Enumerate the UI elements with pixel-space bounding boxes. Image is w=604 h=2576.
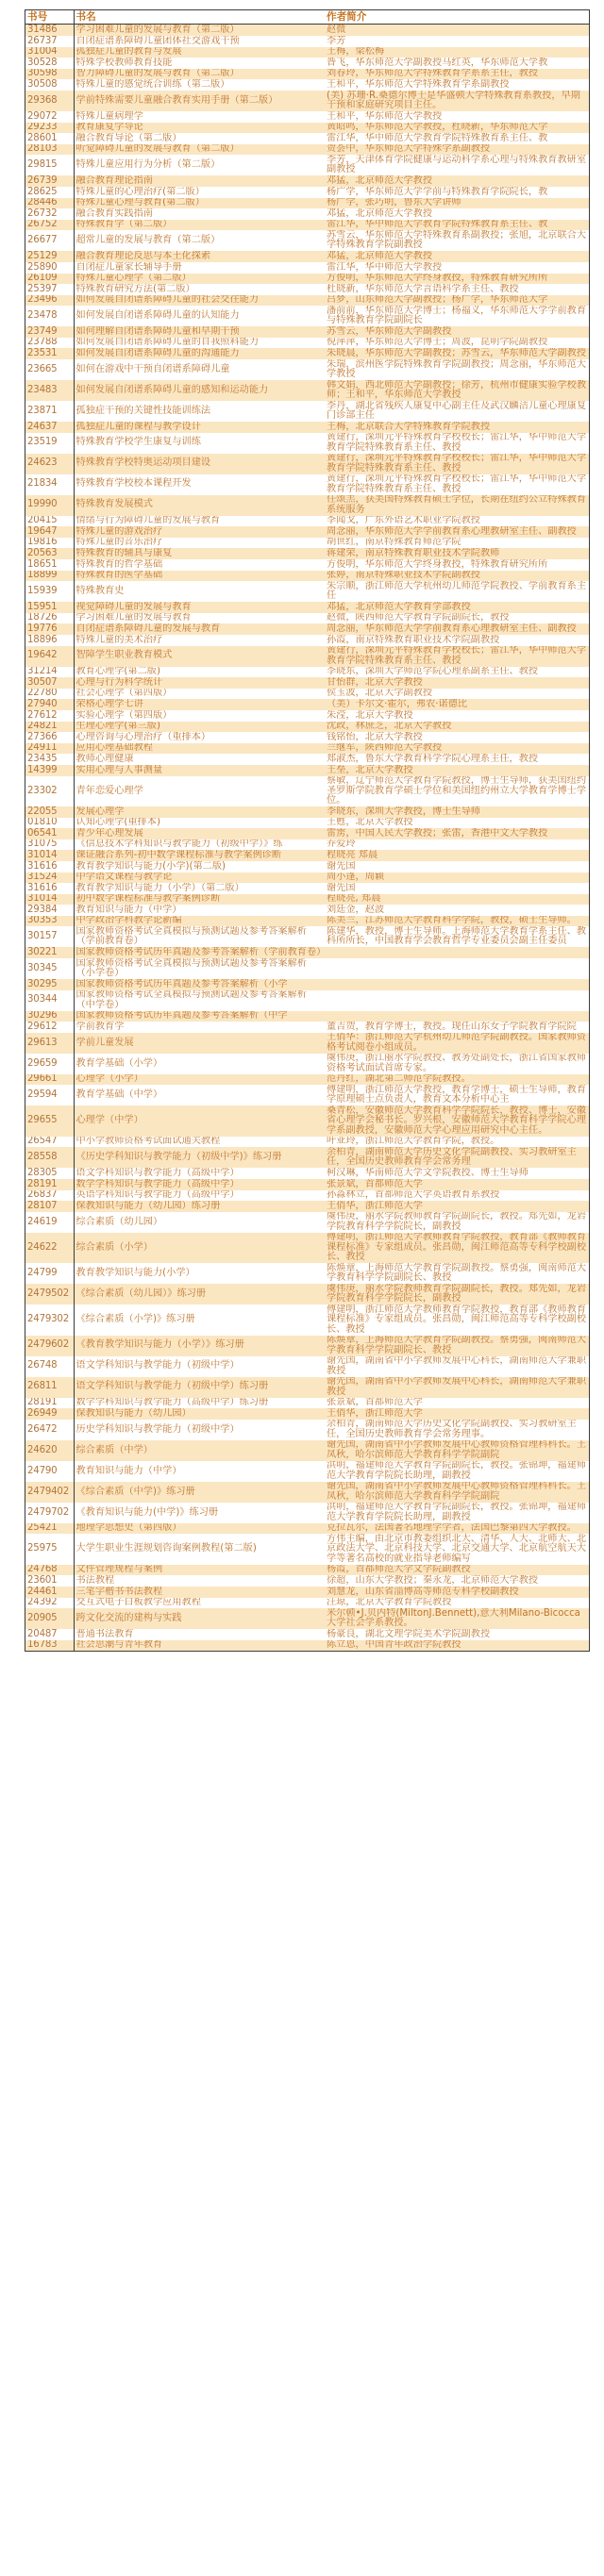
table-row: 28558《历史学科知识与教学能力（初级中学)》练习册余柏青，湖南师范大学历史文… [25, 1147, 589, 1168]
table-row: 25421地理学思想史（第四版）克拉瓦尔，法国著名地理学学者，法国巴黎第四大学教… [25, 1523, 589, 1535]
table-row: 24620综合素质（中学）谢先国，湖南省中小学教师发展中心教师资格管理科科长。王… [25, 1440, 589, 1461]
book-title-cell: 《综合素质（幼儿园）》练习册 [74, 1284, 325, 1305]
book-number-cell: 28305 [25, 1168, 74, 1179]
book-title-cell: 认知心理学(重排本) [74, 818, 325, 829]
book-title-cell: 自闭症谱系障碍儿童的发展与教育 [74, 623, 325, 635]
book-title-cell: 自闭症儿童家长辅导手册 [74, 262, 325, 274]
author-bio-cell: 董吉贺，教育学博士，教授。现任山东女子学院教育学院院 [325, 1022, 589, 1033]
book-number-cell: 23496 [25, 295, 74, 307]
table-row: 25890自闭症儿童家长辅导手册雷江华，华中师范大学教授 [25, 262, 589, 274]
table-row: 27940荣格心理学七讲（美）卡尔文·霍尔，弗农·诺德比 [25, 699, 589, 710]
book-title-cell: 如何发展自闭谱系障碍儿童的沟通能力 [74, 348, 325, 359]
author-bio-cell: 王和平，华东师范大学特殊教育学系副教授 [325, 79, 589, 91]
table-row: 29661心理学（小学）范丹红，湖北第二师范学院教授。 [25, 1074, 589, 1086]
author-bio-cell: 余柏青，湖南师范大学历史文化学院副教授、实习教研室主任，全国历史教师教育学会常务… [325, 1420, 589, 1440]
author-bio-cell: 谢先国，湖南省中小学教师发展中心教师资格管理科科长。王凤秋，哈尔滨师范大学教育科… [325, 1482, 589, 1503]
author-bio-cell: 余柏青，湖南师范大学历史文化学院副教授、实习教研室主任，全国历史教师教育学会常务… [325, 1147, 589, 1168]
author-bio-cell: 李芳，天津体育学院健康与运动科学系心理与特殊教育教研室副教授 [325, 155, 589, 175]
book-number-cell: 19647 [25, 526, 74, 538]
author-bio-cell: 洪明，福建师范大学教育学院副院长，教授。张锦坤，福建师范大学教育学院院长助理，副… [325, 1503, 589, 1523]
book-title-cell: 特殊教育学校校本课程开发 [74, 474, 325, 495]
book-title-cell: 教育教学知识与能力(小学)(第二版) [74, 861, 325, 873]
table-row: 23665如何在游戏中干预自闭谱系障碍儿童朱瑞，滨州医学院特殊教育学院副教授；周… [25, 359, 589, 380]
table-row: 28446特殊儿童心理与教育(第二版）杨广学，张巧明，鲁东大学讲师 [25, 198, 589, 209]
book-title-cell: 书法教程 [74, 1575, 325, 1587]
table-row: 20563特殊教育的辅具与康复蒋建荣，南京特殊教育职业技术学院教师 [25, 548, 589, 559]
column-header-book-number: 书号 [25, 10, 74, 25]
book-title-cell: 视觉障碍儿童的发展与教育 [74, 602, 325, 613]
author-bio-cell: 钱铭怡，北京大学教授 [325, 732, 589, 743]
book-title-cell: 教师心理健康 [74, 754, 325, 765]
author-bio-cell: 倪萍萍，华东师范大学博士；周波，昆明学院副教授 [325, 338, 589, 349]
book-title-cell: 发展心理学 [74, 806, 325, 818]
book-title-cell: 《综合素质（小学)》练习册 [74, 1305, 325, 1335]
table-row: 26472历史学科知识与教学能力（初级中学）余柏青，湖南师范大学历史文化学院副教… [25, 1420, 589, 1440]
book-number-cell: 26732 [25, 208, 74, 220]
author-bio-cell: 柯汉琳，华南师范大学文学院教授、博士生导师 [325, 1168, 589, 1179]
table-row: 31014初中数学课程标准与教学案例诊断程晓亮, 郑晨 [25, 894, 589, 906]
book-title-cell: 课证融合系列-初中数学课程标准与教学案例诊断 [74, 850, 325, 861]
book-number-cell: 26737 [25, 36, 74, 47]
table-row: 23749如何理解自闭谱系障碍儿童和早期干预苏雪云，华东师范大学副教授 [25, 326, 589, 338]
book-title-cell: 《历史学科知识与教学能力（初级中学)》练习册 [74, 1147, 325, 1168]
author-bio-cell: 方俊明，华东师范大学终身教授，特殊教育研究所所 [325, 274, 589, 285]
book-number-cell: 18651 [25, 559, 74, 571]
book-title-cell: 《教育知识与能力(中学)》练习册 [74, 1503, 325, 1523]
author-bio-cell: 王俏华：浙江师范大学杭州幼儿师范学院副教授。国家教师资格考试阅卷小组成员。 [325, 1033, 589, 1054]
table-row: 29655心理学（中学）桑青松，安徽师范大学教育科学学院院长，教授、博士，安徽省… [25, 1105, 589, 1136]
table-row: 24768文件管理规程与案例杨霞，首都师范大学文学院副教授 [25, 1565, 589, 1576]
book-title-cell: 国家教师资格考试全真模拟与预测试题及参考答案解析（小学卷） [74, 958, 325, 979]
table-row: 29612学前教育学董吉贺，教育学博士，教授。现任山东女子学院教育学院院 [25, 1022, 589, 1033]
table-row: 24790教育知识与能力（中学）洪明，福建师范大学教育学院副院长，教授。张锦坤，… [25, 1461, 589, 1482]
book-number-cell: 19990 [25, 495, 74, 516]
table-row: 29594教育学基础（中学）傅建明，浙江师范大学教授，教育学博士，硕士生导师，教… [25, 1085, 589, 1105]
author-bio-cell: 赵微，陕西师范大学教育学院副院长，教授 [325, 613, 589, 624]
book-number-cell: 24911 [25, 743, 74, 755]
book-title-cell: 教育教学知识与能力(小学） [74, 1263, 325, 1284]
book-title-cell: 数学学科知识与教学能力（高级中学）练习册 [74, 1398, 325, 1409]
book-number-cell: 29594 [25, 1085, 74, 1105]
book-title-cell: 国家教师资格考试历年真题及参考答案解析（中学 [74, 1011, 325, 1022]
author-bio-cell: 谢先国，湖南省中小学教师发展中心科长，湖南师范大学兼职教授 [325, 1356, 589, 1377]
book-catalog-table: 书号 书名 作者简介 31486学习困难儿童的发展与教育（第二版）赵微26737… [25, 10, 589, 1651]
table-row: 19647特殊儿童的游戏治疗周念丽，华东师范大学学前教育系心理教研室主任、副教授 [25, 526, 589, 538]
book-number-cell: 24392 [25, 1598, 74, 1609]
book-title-cell: 心理与行为科学统计 [74, 677, 325, 689]
table-row: 29233教育康复学导论黄昭鸣，华东师范大学教授，杜晓新，华东师范大学 [25, 123, 589, 134]
book-number-cell: 15939 [25, 581, 74, 602]
author-bio-cell: 徐超，山东大学教授；秦永龙，北京师范大学教授 [325, 1575, 589, 1587]
author-bio-cell: 黄建行，深圳元平特殊教育学校校长；雷江华，华中师范大学教育学院特殊教育系主任、教… [325, 454, 589, 474]
book-title-cell: 特殊儿童心理与教育(第二版） [74, 198, 325, 209]
column-header-author-bio: 作者简介 [325, 10, 589, 25]
book-title-cell: 英语学科知识与教学能力（高级中学） [74, 1190, 325, 1202]
author-bio-cell: 陈立恩，中国青年政治学院教授 [325, 1640, 589, 1652]
book-number-cell: 28446 [25, 198, 74, 209]
table-row: 26811语文学科知识与教学能力（初级中学）练习册谢先国，湖南省中小学教师发展中… [25, 1377, 589, 1398]
book-title-cell: 特殊教育学校特奥运动项目建设 [74, 454, 325, 474]
table-row: 21834特殊教育学校校本课程开发黄建行，深圳元平特殊教育学校校长；雷江华，华中… [25, 474, 589, 495]
table-row: 26732融合教育实践指南邓猛，北京师范大学教授 [25, 208, 589, 220]
book-title-cell: 超常儿童的发展与教育（第二版） [74, 230, 325, 251]
author-bio-cell [325, 958, 589, 979]
author-bio-cell: 邓猛，北京师范大学教授 [325, 208, 589, 220]
table-row: 31014课证融合系列-初中数学课程标准与教学案例诊断程晓亮 郑晨 [25, 850, 589, 861]
author-bio-cell: 乔爱玲 [325, 839, 589, 851]
book-title-cell: 如何理解自闭谱系障碍儿童和早期干预 [74, 326, 325, 338]
book-title-cell: 特殊教育史 [74, 581, 325, 602]
author-bio-cell: 周念丽，华东师范大学学前教育系心理教研室主任、副教授 [325, 623, 589, 635]
author-bio-cell: 兰继军，陕西师范大学教授 [325, 743, 589, 755]
author-bio-cell: 陈美兰，江苏师范大学教育科学学院，教授，硕士生导师。 [325, 916, 589, 927]
book-number-cell: 20415 [25, 516, 74, 527]
book-number-cell: 24619 [25, 1212, 74, 1233]
book-title-cell: 《教育教学知识与能力（小学）》练习册 [74, 1336, 325, 1356]
book-number-cell: 24790 [25, 1461, 74, 1482]
book-title-cell: 特殊教育的医学基础 [74, 571, 325, 582]
table-row: 31075《信息技术学科知识与教学能力（初级中学）》练乔爱玲 [25, 839, 589, 851]
book-number-cell: 18726 [25, 613, 74, 624]
table-row: 24637孤独症儿童的课程与教学设计王梅，北京联合大学特殊教育学院教授 [25, 422, 589, 433]
author-bio-cell: （美）卡尔文·霍尔，弗农·诺德比 [325, 699, 589, 710]
book-title-cell: 地理学思想史（第四版） [74, 1523, 325, 1535]
book-title-cell: 特殊儿童的音乐治疗 [74, 538, 325, 549]
author-bio-cell: 孙霞，南京特殊教育职业技术学院副教授 [325, 635, 589, 646]
book-number-cell: 30345 [25, 958, 74, 979]
table-row: 23788如何发展自闭谱系障碍儿童的自我照料能力倪萍萍，华东师范大学博士；周波，… [25, 338, 589, 349]
book-number-cell: 31014 [25, 894, 74, 906]
book-number-cell: 25421 [25, 1523, 74, 1535]
author-bio-cell: 傅建明，浙江师范大学教师教育学院教授，教育部《教师教育课程标准》专家组成员。张昌… [325, 1305, 589, 1335]
book-title-cell: 特殊教育的辅具与康复 [74, 548, 325, 559]
book-number-cell: 2479402 [25, 1482, 74, 1503]
book-number-cell: 29815 [25, 155, 74, 175]
table-row: 23871孤独症干预的关键性技能训练法李丹，湖北省残疾人康复中心副主任及武汉麟洁… [25, 401, 589, 422]
book-title-cell: 国家教师资格考试全真模拟与预测试题及参考答案解析（学前教育卷） [74, 926, 325, 947]
table-row: 28625特殊儿童的心理治疗(第二版）杨广学，华东师范大学学前与特殊教育学院院长… [25, 187, 589, 198]
author-bio-cell: 王俏华，浙江师范大学 [325, 1408, 589, 1420]
book-title-cell: 孤独症干预的关键性技能训练法 [74, 401, 325, 422]
book-title-cell: 学前特殊需要儿童融合教育实用手册（第二版） [74, 91, 325, 111]
book-title-cell: 智力障碍儿童的发展与教育（第二版） [74, 69, 325, 80]
book-title-cell: 融合教育理论指南 [74, 175, 325, 187]
author-bio-cell: 陈焕章，上海师范大学教育学院副教授。蔡勇强，闽南师范大学教育科学学院副院长、教授 [325, 1263, 589, 1284]
table-row: 28305语文学科知识与教学能力（高级中学）柯汉琳，华南师范大学文学院教授、博士… [25, 1168, 589, 1179]
table-row: 23302青年恋爱心理学蔡敏，辽宁师范大学教育学院教授，博士生导师，获美国纽约圣… [25, 776, 589, 806]
book-number-cell: 26752 [25, 220, 74, 231]
author-bio-cell [325, 947, 589, 958]
table-row: 31616教育教学知识与能力（小学）（第二版）谢先国 [25, 883, 589, 894]
table-row: 30507心理与行为科学统计甘怡群，北京大学教授 [25, 677, 589, 689]
book-number-cell: 23665 [25, 359, 74, 380]
book-number-cell: 31616 [25, 861, 74, 873]
table-row: 16783社会思潮与青年教育陈立恩，中国青年政治学院教授 [25, 1640, 589, 1652]
book-number-cell: 26748 [25, 1356, 74, 1377]
table-row: 30221国家教师资格考试历年真题及参考答案解析（学前教育卷） [25, 947, 589, 958]
book-number-cell: 29613 [25, 1033, 74, 1054]
book-number-cell: 30353 [25, 916, 74, 927]
book-title-cell: 中学政治学科教学论新编 [74, 916, 325, 927]
table-row: 2479602《教育教学知识与能力（小学）》练习册陈焕章，上海师范大学教育学院副… [25, 1336, 589, 1356]
table-row: 31524中学语文课程与教学论周小蓬，周颖 [25, 873, 589, 884]
book-title-cell: 教育学基础（小学） [74, 1054, 325, 1074]
table-row: 25975大学生职业生涯规划咨询案例教程(第二版)方伟主编，由北京市教委组织北大… [25, 1534, 589, 1564]
table-row: 23601书法教程徐超，山东大学教授；秦永龙，北京师范大学教授 [25, 1575, 589, 1587]
table-row: 28107保教知识与能力（幼儿园）练习册王俏华，浙江师范大学 [25, 1201, 589, 1212]
book-number-cell: 31486 [25, 25, 74, 36]
book-number-cell: 23435 [25, 754, 74, 765]
book-number-cell: 26677 [25, 230, 74, 251]
book-number-cell: 30344 [25, 990, 74, 1011]
book-number-cell: 20563 [25, 548, 74, 559]
table-row: 26949保教知识与能力（幼儿园）王俏华，浙江师范大学 [25, 1408, 589, 1420]
author-bio-cell [325, 1011, 589, 1022]
book-number-cell: 30157 [25, 926, 74, 947]
author-bio-cell: 李丹，湖北省残疾人康复中心副主任及武汉麟洁儿童心理康复门诊部主任 [325, 401, 589, 422]
book-number-cell: 2479602 [25, 1336, 74, 1356]
book-number-cell: 29368 [25, 91, 74, 111]
book-title-cell: 数学学科知识与教学能力（高级中学） [74, 1179, 325, 1190]
book-number-cell: 19816 [25, 538, 74, 549]
table-row: 28191数学学科知识与教学能力（高级中学）练习册张景斌，首都师范大学 [25, 1398, 589, 1409]
author-bio-cell: 李晓东，深圳大学教授，博士生导师 [325, 806, 589, 818]
table-row: 24623特殊教育学校特奥运动项目建设黄建行，深圳元平特殊教育学校校长；雷江华，… [25, 454, 589, 474]
book-number-cell: 29659 [25, 1054, 74, 1074]
author-bio-cell: 朱晓晨，华东师范大学副教授；苏雪云，华东师范大学副教授 [325, 348, 589, 359]
book-number-cell: 28191 [25, 1179, 74, 1190]
table-row: 31004孤独症儿童的教育与发展王梅，梁松梅 [25, 47, 589, 58]
author-bio-cell: 王俏华，浙江师范大学 [325, 1201, 589, 1212]
book-number-cell: 25890 [25, 262, 74, 274]
author-bio-cell: 沈政，林庶芝，北京大学教授 [325, 722, 589, 733]
author-bio-cell: 王甦，北京大学教授 [325, 818, 589, 829]
book-number-cell: 26949 [25, 1408, 74, 1420]
table-row: 29815特殊儿童应用行为分析（第二版）李芳，天津体育学院健康与运动科学系心理与… [25, 155, 589, 175]
book-number-cell: 31004 [25, 47, 74, 58]
author-bio-cell: 甘怡群，北京大学教授 [325, 677, 589, 689]
author-bio-cell: 胡世红，南京特殊教育师范学院 [325, 538, 589, 549]
author-bio-cell: 谢先国 [325, 883, 589, 894]
book-number-cell: 27940 [25, 699, 74, 710]
table-row: 22780社会心理学（第四版）侯玉波，北京大学副教授 [25, 689, 589, 700]
book-title-cell: 如何发展自闭谱系障碍儿童的社会交往能力 [74, 295, 325, 307]
book-number-cell: 26811 [25, 1377, 74, 1398]
author-bio-cell: 雷江华，华中师范大学教育学院特殊教育系主任、教 [325, 220, 589, 231]
table-row: 29368学前特殊需要儿童融合教育实用手册（第二版）(美) 苏珊·R.桑德尔博士… [25, 91, 589, 111]
table-row: 25129融合教育理论反思与本土化探索邓猛，北京师范大学教授 [25, 251, 589, 262]
book-title-cell: 青年恋爱心理学 [74, 776, 325, 806]
book-number-cell: 30221 [25, 947, 74, 958]
book-number-cell: 31014 [25, 850, 74, 861]
book-number-cell: 29661 [25, 1074, 74, 1086]
book-title-cell: 学前教育学 [74, 1022, 325, 1033]
author-bio-cell: 陈焕章，上海师范大学教育学院副教授。蔡勇强，闽南师范大学教育科学学院副院长、教授 [325, 1336, 589, 1356]
table-row: 28601融合教育导论（第二版）雷江华，华中师范大学教育学院特殊教育系主任、教 [25, 133, 589, 144]
book-number-cell: 23302 [25, 776, 74, 806]
book-title-cell: 教育教学知识与能力（小学）（第二版） [74, 883, 325, 894]
author-bio-cell [325, 990, 589, 1011]
book-number-cell: 24768 [25, 1565, 74, 1576]
table-row: 20415情绪与行为障碍儿童的发展与教育李闻戈，广东外语艺术职业学院教授 [25, 516, 589, 527]
table-row: 27612实验心理学（第四版）朱滢，北京大学教授 [25, 710, 589, 722]
table-row: 19642智障学生职业教育模式黄建行，深圳元平特殊教育学校校长；雷江华，华中师范… [25, 646, 589, 667]
table-row: 24392交互式电子白板教学应用教程汪琼，北京大学教育学院教授 [25, 1598, 589, 1609]
author-bio-cell: 杜晓新，华东师范大学言语科学系主任、教授 [325, 284, 589, 295]
book-title-cell: 学习困难儿童的发展与教育（第二版） [74, 25, 325, 36]
author-bio-cell: 傅建明，浙江师范大学教师教育学院教授，教育部《教师教育课程标准》专家组成员。张昌… [325, 1233, 589, 1263]
book-number-cell: 31214 [25, 667, 74, 678]
author-bio-cell: 朱滢，北京大学教授 [325, 710, 589, 722]
table-row: 18726学习困难儿童的发展与教育赵微，陕西师范大学教育学院副院长，教授 [25, 613, 589, 624]
table-row: 29384教育知识与能力（中学）刘廷金，赵波 [25, 905, 589, 916]
author-bio-cell: 苏雪云，华东师范大学副教授 [325, 326, 589, 338]
book-number-cell: 25397 [25, 284, 74, 295]
author-bio-cell: 孙淼林立，首都师范大学英语教育系教授 [325, 1190, 589, 1202]
book-catalog-sheet: 书号 书名 作者简介 31486学习困难儿童的发展与教育（第二版）赵微26737… [25, 9, 590, 1652]
book-title-cell: 特殊儿童心理学（第二版） [74, 274, 325, 285]
table-row: 23519特殊教育学校学生康复与训练黄建行，深圳元平特殊教育学校校长；雷江华，华… [25, 433, 589, 454]
book-number-cell: 28103 [25, 144, 74, 156]
table-row: 14399实用心理与人事测量王垒，北京大学教授 [25, 765, 589, 776]
book-number-cell: 23871 [25, 401, 74, 422]
book-title-cell: 情绪与行为障碍儿童的发展与教育 [74, 516, 325, 527]
book-number-cell: 31075 [25, 839, 74, 851]
table-row: 2479302《综合素质（小学)》练习册傅建明，浙江师范大学教师教育学院教授，教… [25, 1305, 589, 1335]
book-number-cell: 30507 [25, 677, 74, 689]
table-row: 23496如何发展自闭谱系障碍儿童的社会交往能力吕梦，山东师范大学副教授；杨广学… [25, 295, 589, 307]
author-bio-cell: 傅建明，浙江师范大学教授，教育学博士，硕士生导师，教育学原理硕士点负责人，教育文… [325, 1085, 589, 1105]
table-row: 24821生理心理学(第三版)沈政，林庶芝，北京大学教授 [25, 722, 589, 733]
author-bio-cell: 李闻戈，广东外语艺术职业学院教授 [325, 516, 589, 527]
table-row: 30157国家教师资格考试全真模拟与预测试题及参考答案解析（学前教育卷）陈建华，… [25, 926, 589, 947]
book-title-cell: 语文学科知识与教学能力（高级中学） [74, 1168, 325, 1179]
book-title-cell: 教育康复学导论 [74, 123, 325, 134]
book-title-cell: 实验心理学（第四版） [74, 710, 325, 722]
table-row: 29659教育学基础（小学）虞伟庚，浙江丽水学院教授、教务处副处长，浙江省国家教… [25, 1054, 589, 1074]
book-number-cell: 30508 [25, 79, 74, 91]
table-row: 18899特殊教育的医学基础张婷，南京特殊职业技术学院副教授 [25, 571, 589, 582]
author-bio-cell: 黄建行，深圳元平特殊教育学校校长；雷江华，华中师范大学教育学院特殊教育系主任、教… [325, 474, 589, 495]
book-title-cell: 教育学基础（中学） [74, 1085, 325, 1105]
table-row: 31616教育教学知识与能力(小学)(第二版)谢先国 [25, 861, 589, 873]
author-bio-cell: 刘慧龙，山东省淄博高等师范专科学校副教授 [325, 1587, 589, 1598]
book-number-cell: 24821 [25, 722, 74, 733]
book-title-cell: 应用心理基础教程 [74, 743, 325, 755]
book-title-cell: 如何发展自闭谱系障碍儿童的自我照料能力 [74, 338, 325, 349]
table-row: 23483如何发展自闭谱系障碍儿童的感知和运动能力韩文娟，西北师范大学副教授；徐… [25, 380, 589, 401]
author-bio-cell: 谢先国 [325, 861, 589, 873]
book-number-cell: 16783 [25, 1640, 74, 1652]
author-bio-cell: 程晓亮 郑晨 [325, 850, 589, 861]
book-title-cell: 特殊教育学校学生康复与训练 [74, 433, 325, 454]
author-bio-cell: 陈建华，教授，博士生导师。上海师范大学教育学系主任、教科所所长，中国教育学会教育… [325, 926, 589, 947]
table-row: 23435教师心理健康郑淑杰，鲁东大学教育科学学院心理系主任，教授 [25, 754, 589, 765]
author-bio-cell: 朱宗顺，浙江师范大学杭州幼儿师范学院教授、学前教育系主任 [325, 581, 589, 602]
book-title-cell: 语文学科知识与教学能力（初级中学）练习册 [74, 1377, 325, 1398]
book-title-cell: 初中数学课程标准与教学案例诊断 [74, 894, 325, 906]
author-bio-cell: 韩文娟，西北师范大学副教授；徐芳，杭州市健康实验学校教师；王和平，华东师范大学教… [325, 380, 589, 401]
table-row: 30353中学政治学科教学论新编陈美兰，江苏师范大学教育科学学院，教授，硕士生导… [25, 916, 589, 927]
book-title-cell: 自闭症谱系障碍儿童团体社交游戏干预 [74, 36, 325, 47]
author-bio-cell: 蒋建荣，南京特殊教育职业技术学院教师 [325, 548, 589, 559]
book-number-cell: 31524 [25, 873, 74, 884]
author-bio-cell: 汪琼，北京大学教育学院教授 [325, 1598, 589, 1609]
book-title-cell: 保教知识与能力（幼儿园） [74, 1408, 325, 1420]
author-bio-cell: 杨豪良，湖北文理学院美术学院副教授 [325, 1629, 589, 1640]
book-title-cell: 教育心理学(第二版) [74, 667, 325, 678]
book-title-cell: 三笔字楷书书法教程 [74, 1587, 325, 1598]
book-title-cell: 《综合素质（中学)》练习册 [74, 1482, 325, 1503]
author-bio-cell: 黄建行，深圳元平特殊教育学校校长；雷江华，华中师范大学教育学院特殊教育系主任、教… [325, 646, 589, 667]
table-row: 24619综合素质（幼儿园）虞伟庚，丽水学院教师教育学院副院长，教授。郑先如，龙… [25, 1212, 589, 1233]
book-title-cell: 国家教师资格考试全真模拟与预测试题及参考答案解析（中学卷） [74, 990, 325, 1011]
book-number-cell: 30598 [25, 69, 74, 80]
table-row: 2479502《综合素质（幼儿园）》练习册虞伟庚，丽水学院教师教育学院副院长，教… [25, 1284, 589, 1305]
book-title-cell: 特殊教育发展模式 [74, 495, 325, 516]
book-number-cell: 14399 [25, 765, 74, 776]
table-row: 24799教育教学知识与能力(小学）陈焕章，上海师范大学教育学院副教授。蔡勇强，… [25, 1263, 589, 1284]
author-bio-cell: 杨广学，张巧明，鲁东大学讲师 [325, 198, 589, 209]
author-bio-cell: 杨霞，首都师范大学文学院副教授 [325, 1565, 589, 1576]
table-row: 30528特殊学校教师教育技能昝飞，华东师范大学副教授马红英，华东师范大学教 [25, 58, 589, 69]
author-bio-cell: 任颂羔，获美国特殊教育硕士学位，长期在纽约公立特殊教育系统服务 [325, 495, 589, 516]
book-title-cell: 大学生职业生涯规划咨询案例教程(第二版) [74, 1534, 325, 1564]
book-title-cell: 特殊儿童的美术治疗 [74, 635, 325, 646]
book-number-cell: 18899 [25, 571, 74, 582]
book-number-cell: 28191 [25, 1398, 74, 1409]
book-title-cell: 综合素质（幼儿园） [74, 1212, 325, 1233]
table-row: 28191数学学科知识与教学能力（高级中学）张景斌，首都师范大学 [25, 1179, 589, 1190]
book-number-cell: 24623 [25, 454, 74, 474]
book-number-cell: 23531 [25, 348, 74, 359]
table-row: 15951视觉障碍儿童的发展与教育邓猛，北京师范大学教育学部教授 [25, 602, 589, 613]
table-row: 31486学习困难儿童的发展与教育（第二版）赵微 [25, 25, 589, 36]
book-title-cell: 普通书法教育 [74, 1629, 325, 1640]
book-number-cell: 23483 [25, 380, 74, 401]
book-title-cell: 特殊儿童的游戏治疗 [74, 526, 325, 538]
book-number-cell: 24461 [25, 1587, 74, 1598]
book-number-cell: 29233 [25, 123, 74, 134]
book-title-cell: 社会心理学（第四版） [74, 689, 325, 700]
book-title-cell: 特殊儿童病理学 [74, 111, 325, 123]
book-title-cell: 青少年心理发展 [74, 828, 325, 839]
table-body: 31486学习困难儿童的发展与教育（第二版）赵微26737自闭症谱系障碍儿童团体… [25, 25, 589, 1651]
book-title-cell: 孤独症儿童的教育与发展 [74, 47, 325, 58]
book-title-cell: 学前儿童发展 [74, 1033, 325, 1054]
author-bio-cell: 王垒，北京大学教授 [325, 765, 589, 776]
book-number-cell: 23478 [25, 306, 74, 326]
book-number-cell: 30296 [25, 1011, 74, 1022]
book-title-cell: 中学语文课程与教学论 [74, 873, 325, 884]
book-title-cell: 智障学生职业教育模式 [74, 646, 325, 667]
book-number-cell: 01810 [25, 818, 74, 829]
book-number-cell: 26547 [25, 1137, 74, 1148]
author-bio-cell: 张婷，南京特殊职业技术学院副教授 [325, 571, 589, 582]
table-row: 18651特殊教育的哲学基础方俊明，华东师范大学终身教授，特殊教育研究所所 [25, 559, 589, 571]
author-bio-cell: 虞伟庚，丽水学院教师教育学院副院长，教授。郑先如，龙岩学院教育科学学院院长，副教… [325, 1284, 589, 1305]
author-bio-cell: 桑青松，安徽师范大学教育科学学院院长，教授、博士，安徽省心理学会秘书长。罗兴根，… [325, 1105, 589, 1136]
author-bio-cell: 谢先国，湖南省中小学教师发展中心教师资格管理科科长。王凤秋，哈尔滨师范大学教育科… [325, 1440, 589, 1461]
table-row: 01810认知心理学(重排本)王甦，北京大学教授 [25, 818, 589, 829]
table-row: 19816特殊儿童的音乐治疗胡世红，南京特殊教育师范学院 [25, 538, 589, 549]
table-row: 28103听觉障碍儿童的发展与教育（第二版）贺荟中，华东师范大学特殊学系副教授 [25, 144, 589, 156]
table-row: 26547中小学教师资格考试面试通关教程叶亚玲，浙江师范大学教育学院，教授。 [25, 1137, 589, 1148]
column-header-title: 书名 [74, 10, 325, 25]
author-bio-cell: 范丹红，湖北第二师范学院教授。 [325, 1074, 589, 1086]
book-number-cell: 2479702 [25, 1503, 74, 1523]
table-row: 30344国家教师资格考试全真模拟与预测试题及参考答案解析（中学卷） [25, 990, 589, 1011]
